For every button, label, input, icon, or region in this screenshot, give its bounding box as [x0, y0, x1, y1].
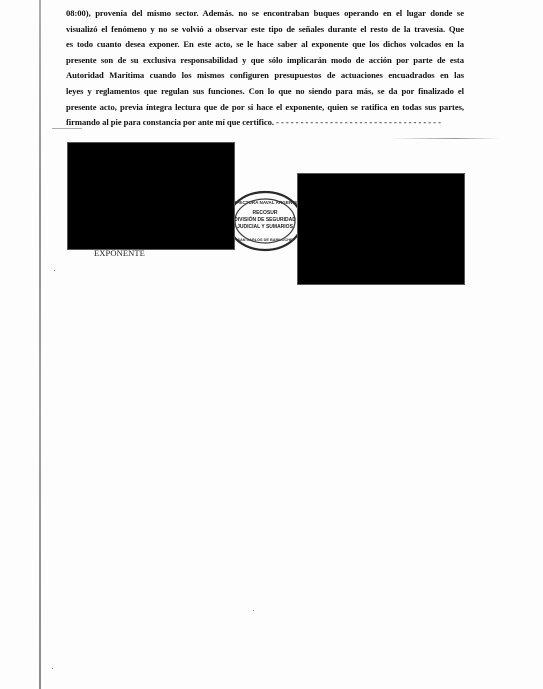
signature-label: EXPONENTE — [94, 248, 145, 258]
text-line: presente son de su exclusiva responsabil… — [66, 53, 464, 69]
divider-line — [52, 128, 82, 129]
text-line: visualizó el fenómeno y no se volvió a o… — [66, 22, 464, 38]
officer-signature-redaction — [297, 173, 465, 285]
document-page: 08:00), provenía del mismo sector. Ademá… — [0, 0, 543, 689]
svg-text:PREFECTURA NAVAL ARGENTINA: PREFECTURA NAVAL ARGENTINA — [227, 200, 304, 205]
declaration-text: 08:00), provenía del mismo sector. Ademá… — [66, 6, 464, 131]
svg-text:RECOSUR: RECOSUR — [252, 210, 277, 216]
scan-speck — [253, 610, 254, 611]
signature-redaction — [67, 142, 235, 250]
scan-speck — [54, 270, 55, 271]
official-stamp: PREFECTURA NAVAL ARGENTINA RECOSUR DIVIS… — [226, 189, 304, 253]
text-line: presente acto, previa íntegra lectura qu… — [66, 100, 464, 116]
divider-line — [390, 138, 500, 139]
svg-text:JUDICIAL Y SUMARIOS: JUDICIAL Y SUMARIOS — [237, 224, 294, 230]
text-line: firmando al pie para constancia por ante… — [66, 115, 464, 131]
text-line: es todo cuanto desea exponer. En este ac… — [66, 37, 464, 53]
svg-text:DIVISIÓN DE SEGURIDAD: DIVISIÓN DE SEGURIDAD — [234, 215, 296, 223]
svg-text:SAN CARLOS DE BARILOCHE: SAN CARLOS DE BARILOCHE — [237, 238, 293, 242]
scan-edge — [39, 0, 41, 689]
scan-speck — [52, 668, 53, 669]
text-line: Autoridad Marítima cuando los mismos con… — [66, 68, 464, 84]
text-line: leyes y reglamentos que regulan sus func… — [66, 84, 464, 100]
text-line: 08:00), provenía del mismo sector. Ademá… — [66, 6, 464, 22]
